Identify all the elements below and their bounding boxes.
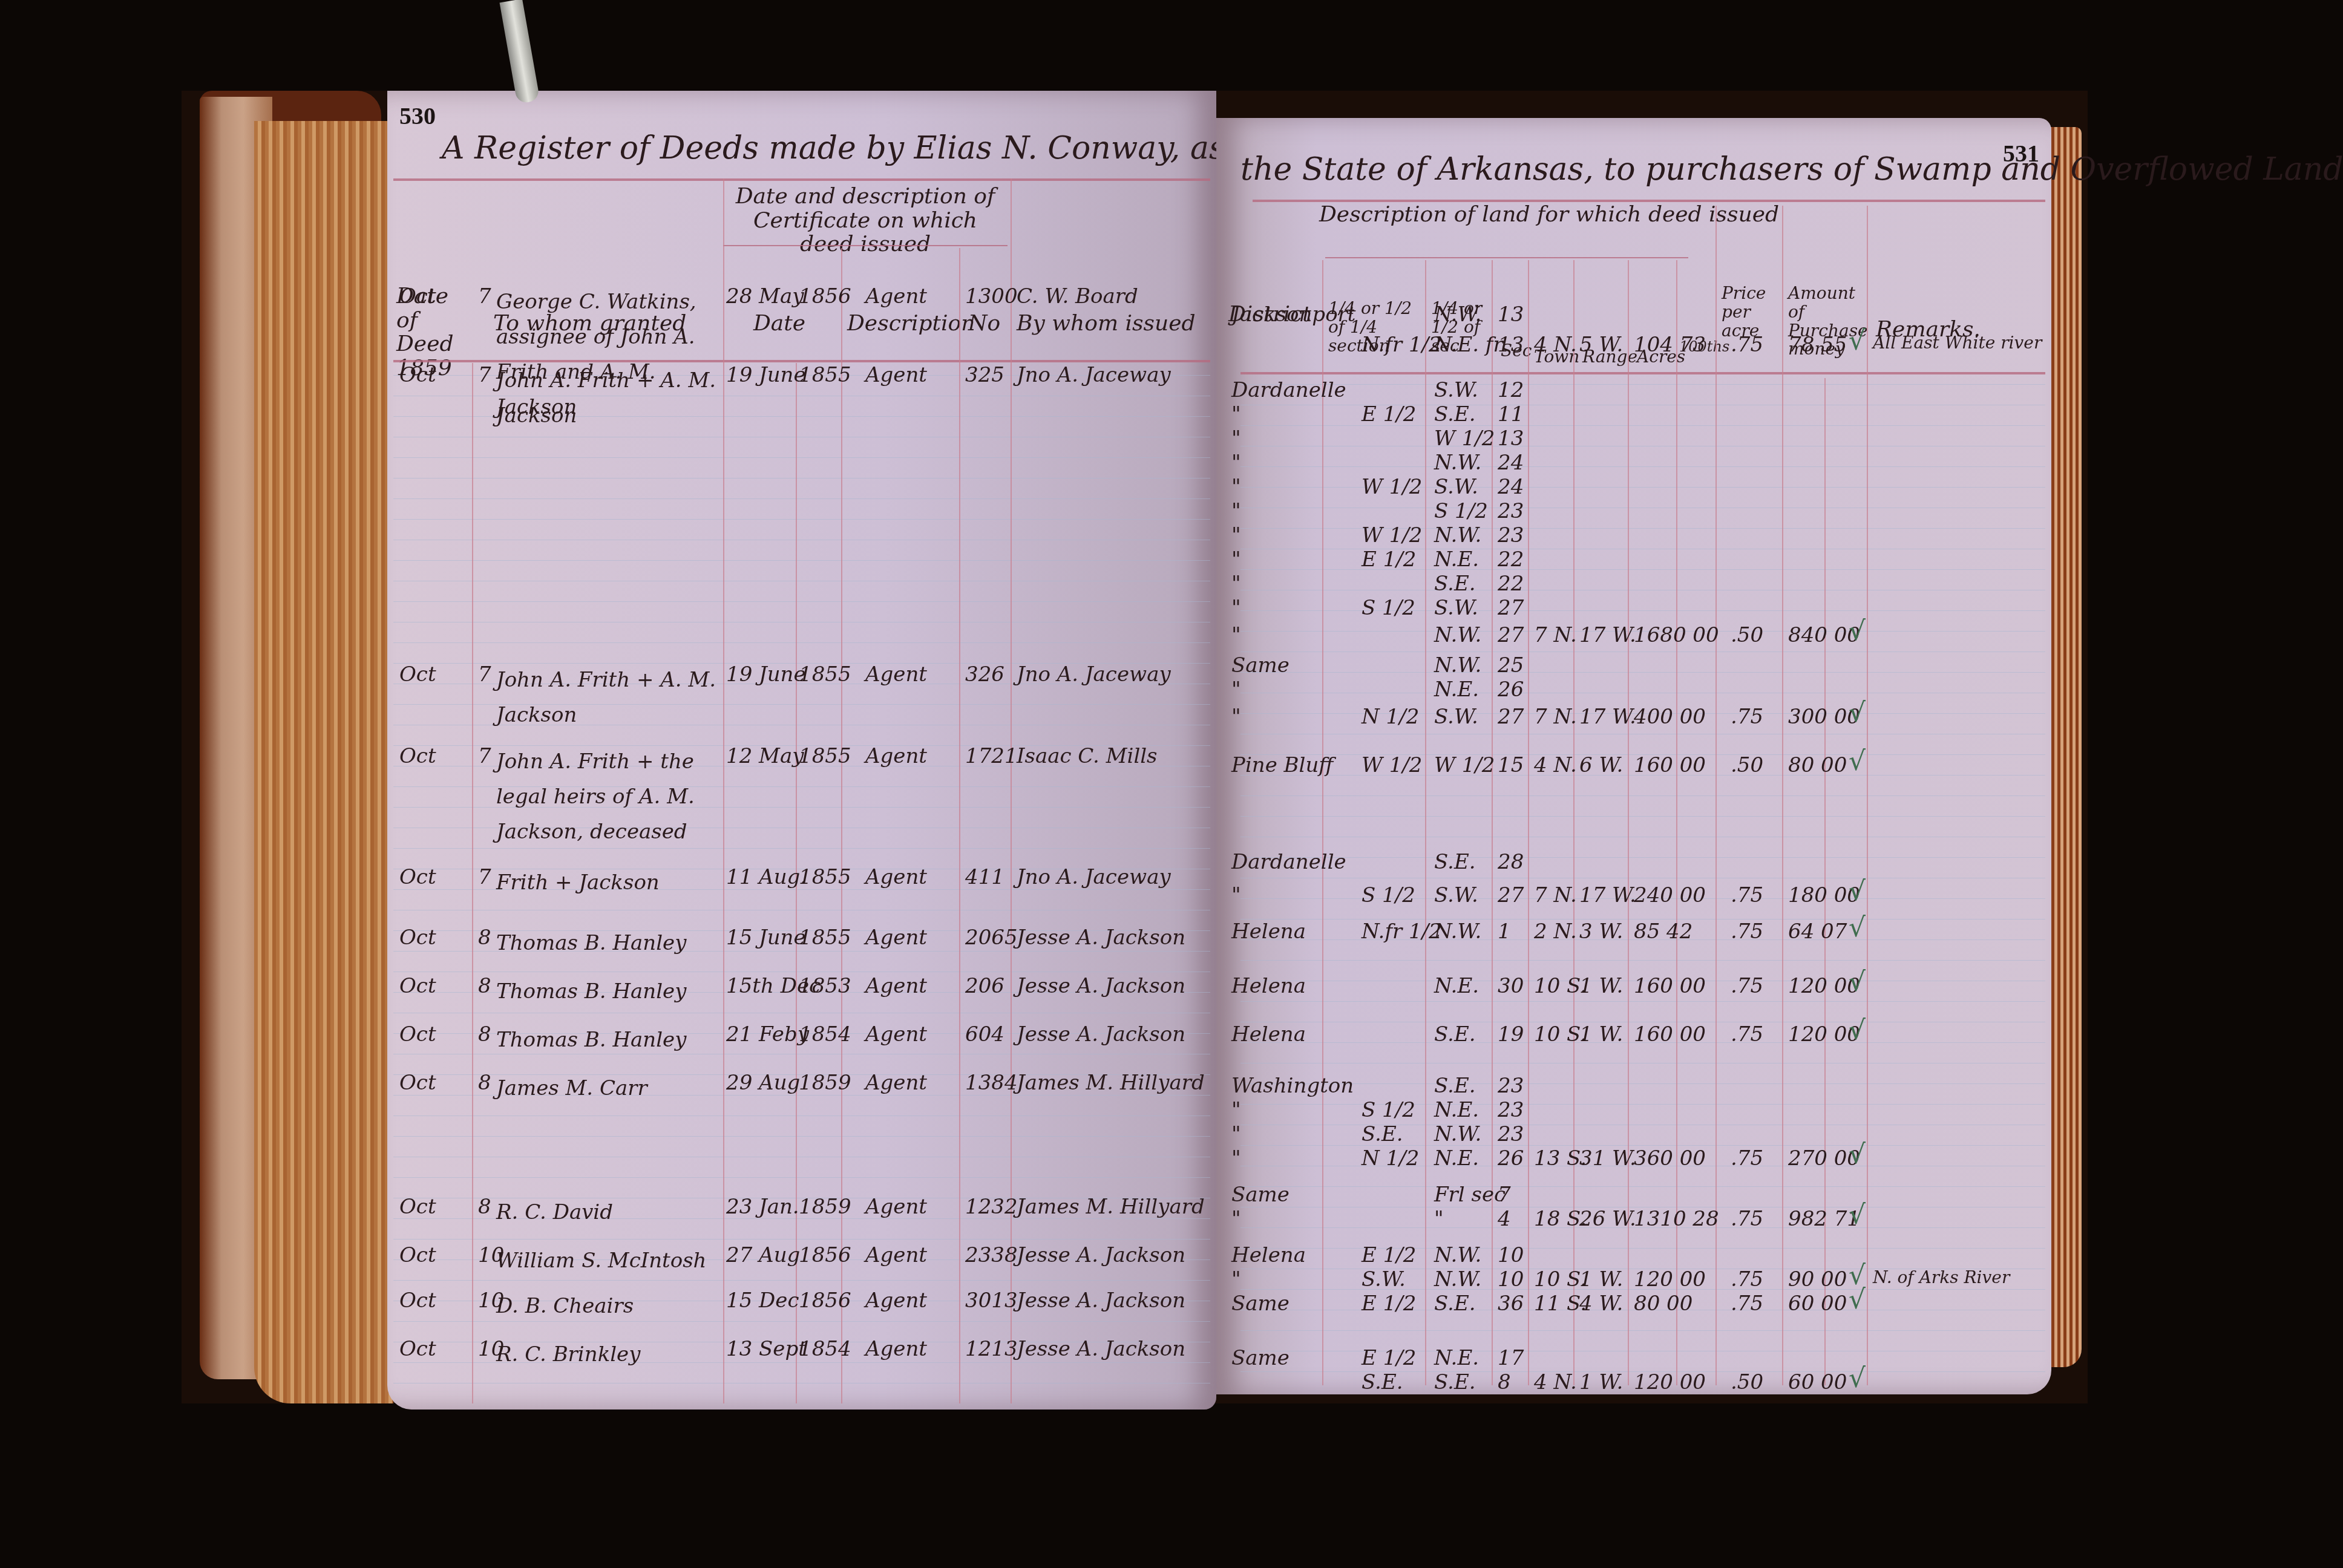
entry-description: Agent [865, 1337, 927, 1361]
land-quarter: N.E. [1434, 1346, 1479, 1370]
land-range: 5 W. [1579, 333, 1623, 357]
land-purchase-amount: 78 55 [1788, 333, 1847, 357]
land-range: 4 W. [1579, 1292, 1623, 1316]
land-part: S 1/2 [1362, 596, 1415, 620]
land-section: 1 [1498, 920, 1511, 944]
ruled-line [393, 581, 1210, 581]
land-part: N 1/2 [1362, 1146, 1419, 1171]
header-sub-rule [723, 245, 1008, 246]
land-township: 18 S. [1534, 1207, 1587, 1231]
land-quarter: N.E. [1434, 1098, 1479, 1122]
column-rule [959, 248, 960, 1403]
checkmark-icon: √ [1849, 697, 1866, 728]
entry-cert-date: 19 June [726, 363, 806, 387]
land-part: S 1/2 [1362, 1098, 1415, 1122]
land-section: 27 [1498, 705, 1524, 729]
land-district: Same [1231, 1183, 1289, 1207]
ruled-line [1240, 693, 2045, 693]
land-district: Dardanelle [1231, 378, 1346, 402]
ruled-line [393, 1239, 1210, 1240]
land-township: 10 S. [1534, 1022, 1587, 1047]
land-price-per-acre: .75 [1731, 1267, 1763, 1292]
land-purchase-amount: 60 00 [1788, 1292, 1847, 1316]
land-acres: 120 00 [1634, 1370, 1706, 1394]
entry-issued-by: James M. Hillyard [1017, 1195, 1205, 1219]
entry-grantee: D. B. Cheairs [496, 1289, 720, 1324]
ruled-line [1240, 960, 2045, 961]
entry-day: 8 [478, 1071, 491, 1095]
page-title-right: the State of Arkansas, to purchasers of … [1240, 151, 2343, 188]
ruled-line [393, 437, 1210, 437]
entry-description: Agent [865, 662, 927, 687]
land-quarter: S.W. [1434, 883, 1478, 907]
entry-month: Oct [399, 1195, 436, 1219]
entry-day: 7 [478, 363, 491, 387]
land-purchase-amount: 80 00 [1788, 753, 1847, 777]
land-quarter: S.W. [1434, 596, 1478, 620]
land-acres: 80 00 [1634, 1292, 1693, 1316]
land-section: 23 [1498, 499, 1524, 523]
ruled-line [393, 1013, 1210, 1013]
entry-day: 8 [478, 926, 491, 950]
entry-issued-by: Jesse A. Jackson [1017, 1337, 1185, 1361]
entry-description: Agent [865, 1071, 927, 1095]
land-district: Helena [1231, 974, 1306, 998]
land-part: E 1/2 [1362, 1243, 1416, 1267]
checkmark-icon: √ [1849, 1015, 1866, 1046]
entry-issued-by: James M. Hillyard [1017, 1071, 1205, 1095]
land-range: 26 W. [1579, 1207, 1636, 1231]
entry-cert-number: 3013 [965, 1289, 1018, 1313]
ruled-line [393, 1280, 1210, 1281]
entry-month: Oct [399, 1289, 436, 1313]
entry-cert-year: 1859 [799, 1071, 851, 1095]
checkmark-icon: √ [1849, 967, 1866, 998]
checkmark-icon: √ [1849, 876, 1866, 907]
land-price-per-acre: .75 [1731, 1207, 1763, 1231]
land-part: S 1/2 [1362, 883, 1415, 907]
checkmark-icon: √ [1849, 616, 1866, 647]
entry-day: 7 [478, 284, 491, 309]
land-quarter: S.E. [1434, 1370, 1476, 1394]
land-quarter: N.E. [1434, 974, 1479, 998]
land-township: 2 N. [1534, 920, 1577, 944]
land-quarter: N.W. [1434, 920, 1481, 944]
entry-day: 7 [478, 865, 491, 889]
ruled-line [1240, 590, 2045, 590]
land-remarks: N. of Arks River [1873, 1267, 2010, 1287]
land-part: S.W. [1362, 1267, 1406, 1292]
bookmark-clip [500, 0, 540, 104]
header-price: Price per acre [1722, 284, 1782, 340]
land-quarter: N.W. [1434, 523, 1481, 547]
land-purchase-amount: 64 07 [1788, 920, 1847, 944]
land-section: 13 [1498, 426, 1524, 451]
entry-cert-number: 326 [965, 662, 1004, 687]
land-section: 25 [1498, 653, 1524, 678]
ruled-line [1240, 1186, 2045, 1187]
entry-cert-number: 2065 [965, 926, 1018, 950]
land-range: 1 W. [1579, 1370, 1623, 1394]
land-district: " [1231, 678, 1241, 702]
ruled-line [393, 478, 1210, 479]
entry-month: Oct [399, 662, 436, 687]
header-land-group: Description of land for which deed issue… [1319, 203, 1779, 227]
land-section: 11 [1498, 402, 1524, 426]
entry-issued-by: Jesse A. Jackson [1017, 1022, 1185, 1047]
land-district: " [1231, 596, 1241, 620]
entry-cert-number: 325 [965, 363, 1004, 387]
land-district: " [1231, 475, 1241, 499]
land-price-per-acre: .50 [1731, 1370, 1763, 1394]
entry-cert-year: 1855 [799, 744, 851, 768]
entry-cert-date: 21 Feby [726, 1022, 809, 1047]
land-district: " [1231, 523, 1241, 547]
checkmark-icon: √ [1849, 325, 1866, 356]
land-section: 26 [1498, 678, 1524, 702]
land-district: Helena [1231, 1243, 1306, 1267]
column-rule [1867, 206, 1868, 1385]
entry-day: 8 [478, 974, 491, 998]
ruled-line [393, 1136, 1210, 1137]
land-quarter: S 1/2 [1434, 499, 1488, 523]
land-district: " [1231, 451, 1241, 475]
land-part: N.fr 1/2 [1362, 333, 1442, 357]
land-acres: 120 00 [1634, 1267, 1706, 1292]
entry-issued-by: Jesse A. Jackson [1017, 974, 1185, 998]
land-section: 24 [1498, 475, 1524, 499]
entry-cert-date: 12 May [726, 744, 804, 768]
land-quarter: S.W. [1434, 378, 1478, 402]
land-price-per-acre: .75 [1731, 1146, 1763, 1171]
land-range: 3 W. [1579, 920, 1623, 944]
ruled-line [1240, 672, 2045, 673]
land-township: 7 N. [1534, 623, 1577, 647]
land-acres: 400 00 [1634, 705, 1706, 729]
entry-month: Oct [399, 974, 436, 998]
entry-grantee: R. C. David [496, 1195, 720, 1230]
land-district: " [1231, 883, 1241, 907]
land-quarter: S.E. [1434, 572, 1476, 596]
column-rule [1782, 206, 1783, 1385]
land-section: 23 [1498, 1074, 1524, 1098]
land-quarter: N.E. [1434, 678, 1479, 702]
land-range: 17 W. [1579, 883, 1636, 907]
land-section: 27 [1498, 883, 1524, 907]
land-district: " [1231, 1146, 1241, 1171]
entry-grantee: Thomas B. Hanley [496, 1022, 720, 1057]
entry-cert-year: 1855 [799, 865, 851, 889]
entry-cert-number: 206 [965, 974, 1004, 998]
land-district: " [1231, 623, 1241, 647]
land-part: S.E. [1362, 1370, 1403, 1394]
ruled-line [393, 519, 1210, 520]
land-acres: 85 42 [1634, 920, 1693, 944]
land-range: 1 W. [1579, 974, 1623, 998]
entry-month: Oct [399, 1243, 436, 1267]
land-district: Same [1231, 653, 1289, 678]
ruled-line [1240, 857, 2045, 858]
entry-day: 8 [478, 1195, 491, 1219]
land-acres: 360 00 [1634, 1146, 1706, 1171]
right-page: 531 the State of Arkansas, to purchasers… [1216, 118, 2051, 1394]
land-district: Washington [1231, 1074, 1354, 1098]
entry-cert-number: 1384 [965, 1071, 1018, 1095]
land-price-per-acre: .75 [1731, 705, 1763, 729]
land-district: Same [1231, 1292, 1289, 1316]
land-district: " [1231, 402, 1241, 426]
entry-month: Oct [399, 865, 436, 889]
land-quarter: N.W. [1434, 1243, 1481, 1267]
land-range: 17 W. [1579, 705, 1636, 729]
entry-cert-year: 1856 [799, 1243, 851, 1267]
entry-cert-date: 27 Aug [726, 1243, 800, 1267]
land-district: " [1231, 1122, 1241, 1146]
entry-grantee: John A. Frith + A. M. Jackson [496, 363, 720, 433]
land-quarter: N.W. [1434, 623, 1481, 647]
land-quarter: W 1/2 [1434, 753, 1495, 777]
entry-month: Oct [399, 926, 436, 950]
entry-issued-by: Jesse A. Jackson [1017, 1289, 1185, 1313]
land-township: 7 N. [1534, 883, 1577, 907]
land-price-per-acre: .75 [1731, 920, 1763, 944]
land-quarter: S.W. [1434, 705, 1478, 729]
entry-issued-by: Jno A. Jaceway [1017, 363, 1171, 387]
land-section: 8 [1498, 1370, 1511, 1394]
land-township: 13 S. [1534, 1146, 1587, 1171]
ruled-line [393, 972, 1210, 972]
entry-description: Agent [865, 1243, 927, 1267]
land-price-per-acre: .50 [1731, 753, 1763, 777]
entry-month: Oct [399, 1022, 436, 1047]
entry-description: Agent [865, 284, 927, 309]
land-section: 27 [1498, 596, 1524, 620]
land-range: 1 W. [1579, 1022, 1623, 1047]
land-quarter: Frl sec [1434, 1183, 1506, 1207]
checkmark-icon: √ [1849, 1139, 1866, 1170]
entry-month: Oct [399, 284, 436, 309]
entry-description: Agent [865, 926, 927, 950]
land-part: E 1/2 [1362, 1292, 1416, 1316]
land-section: 17 [1498, 1346, 1524, 1370]
ruled-line [393, 642, 1210, 643]
land-section: 13 [1498, 302, 1524, 327]
ruled-line [1240, 1330, 2045, 1331]
land-quarter: S.E. [1434, 850, 1476, 874]
land-district: " [1231, 499, 1241, 523]
column-rule [1425, 260, 1426, 1385]
column-rule [723, 178, 724, 1403]
land-section: 22 [1498, 572, 1524, 596]
land-range: 1 W. [1579, 1267, 1623, 1292]
land-district: " [1231, 705, 1241, 729]
entry-cert-year: 1856 [799, 284, 851, 309]
land-quarter: N.W. [1434, 653, 1481, 678]
ruled-line [393, 457, 1210, 458]
land-quarter: S.E. [1434, 1022, 1476, 1047]
land-part: E 1/2 [1362, 1346, 1416, 1370]
entry-cert-date: 11 Aug. [726, 865, 807, 889]
land-district: Dardanelle [1231, 850, 1346, 874]
page-stack-edge [254, 121, 393, 1403]
land-range: 31 W. [1579, 1146, 1636, 1171]
land-section: 10 [1498, 1267, 1524, 1292]
land-price-per-acre: .75 [1731, 1022, 1763, 1047]
ruled-line [1240, 816, 2045, 817]
land-district: " [1231, 1267, 1241, 1292]
land-section: 12 [1498, 378, 1524, 402]
entry-description: Agent [865, 865, 927, 889]
land-township: 11 S. [1534, 1292, 1587, 1316]
land-section: 4 [1498, 1207, 1511, 1231]
land-section: 15 [1498, 753, 1524, 777]
entry-grantee: John A. Frith + the legal heirs of A. M.… [496, 744, 720, 849]
land-section: 23 [1498, 523, 1524, 547]
entry-cert-date: 15 Dec [726, 1289, 799, 1313]
entry-issued-by: Isaac C. Mills [1017, 744, 1158, 768]
land-quarter: W 1/2 [1434, 426, 1495, 451]
land-price-per-acre: .75 [1731, 974, 1763, 998]
land-quarter: N.E. [1434, 1146, 1479, 1171]
header-by-whom-issued: By whom issued [1017, 312, 1196, 336]
ruled-line [1240, 795, 2045, 796]
entry-grantee: James M. Carr [496, 1071, 720, 1106]
land-price-per-acre: .75 [1731, 333, 1763, 357]
land-section: 27 [1498, 623, 1524, 647]
land-section: 13 [1498, 333, 1524, 357]
land-purchase-amount: 60 00 [1788, 1370, 1847, 1394]
entry-grantee: Frith + Jackson [496, 865, 720, 900]
entry-cert-date: 15 June [726, 926, 806, 950]
checkmark-icon: √ [1849, 746, 1866, 777]
land-township: 4 N. [1534, 753, 1577, 777]
entry-month: Oct [399, 363, 436, 387]
entry-day: 8 [478, 1022, 491, 1047]
ruled-line [393, 910, 1210, 910]
land-section: 22 [1498, 547, 1524, 572]
land-quarter: S.E. [1434, 1074, 1476, 1098]
ruled-line [393, 622, 1210, 622]
land-district: " [1231, 1098, 1241, 1122]
land-district: Helena [1231, 920, 1306, 944]
left-page: 530 A Register of Deeds made by Elias N.… [387, 91, 1216, 1410]
entry-issued-by: C. W. Board [1017, 284, 1138, 309]
header-bottom-rule [1240, 372, 2045, 374]
land-acres: 160 00 [1634, 1022, 1706, 1047]
entry-cert-number: 1721 [965, 744, 1018, 768]
entry-cert-number: 1213 [965, 1337, 1018, 1361]
checkmark-icon: √ [1849, 1200, 1866, 1230]
land-quarter: N.W. [1434, 302, 1481, 327]
land-district: " [1231, 572, 1241, 596]
column-rule [1528, 260, 1529, 1385]
ruled-line [1240, 652, 2045, 652]
land-quarter: S.W. [1434, 475, 1478, 499]
entry-grantee: Thomas B. Hanley [496, 974, 720, 1009]
ruled-line [1240, 446, 2045, 446]
header-sub-rule [1325, 257, 1688, 258]
entry-cert-number: 604 [965, 1022, 1004, 1047]
land-section: 24 [1498, 451, 1524, 475]
entry-cert-number: 1300 [965, 284, 1018, 309]
land-district: Same [1231, 1346, 1289, 1370]
land-price-per-acre: .75 [1731, 1292, 1763, 1316]
land-quarter: N.W. [1434, 1122, 1481, 1146]
entry-month: Oct [399, 744, 436, 768]
ruled-line [393, 601, 1210, 602]
ruled-line [1240, 466, 2045, 467]
land-part: S.E. [1362, 1122, 1403, 1146]
entry-grantee: John A. Frith + A. M. Jackson [496, 662, 720, 733]
land-quarter: N.E. [1434, 547, 1479, 572]
column-rule [1011, 178, 1012, 1403]
land-acres: 1310 28 [1634, 1207, 1719, 1231]
ruled-line [1240, 384, 2045, 385]
entry-cert-year: 1855 [799, 926, 851, 950]
ruled-line [393, 540, 1210, 540]
land-section: 30 [1498, 974, 1524, 998]
ruled-line [1240, 837, 2045, 837]
column-rule [841, 248, 842, 1403]
entry-cert-year: 1855 [799, 662, 851, 687]
ruled-line [393, 1177, 1210, 1178]
entry-description: Agent [865, 974, 927, 998]
land-district: " [1231, 426, 1241, 451]
ruled-line [1240, 1083, 2045, 1084]
land-section: 19 [1498, 1022, 1524, 1047]
land-quarter: N.W. [1434, 451, 1481, 475]
column-rule [1824, 378, 1826, 1385]
land-quarter: S.E. [1434, 1292, 1476, 1316]
land-part: E 1/2 [1362, 547, 1416, 572]
entry-cert-year: 1853 [799, 974, 851, 998]
checkmark-icon: √ [1849, 1284, 1866, 1315]
entry-day: 7 [478, 744, 491, 768]
entry-description: Agent [865, 1022, 927, 1047]
page-number-left: 530 [399, 102, 436, 130]
entry-cert-number: 1232 [965, 1195, 1018, 1219]
land-township: 4 N. [1534, 333, 1577, 357]
entry-issued-by: Jesse A. Jackson [1017, 1243, 1185, 1267]
entry-cert-number: 411 [965, 865, 1004, 889]
land-range: 17 W. [1579, 623, 1636, 647]
land-section: 23 [1498, 1098, 1524, 1122]
entry-cert-year: 1854 [799, 1022, 851, 1047]
entry-cert-date: 23 Jan. [726, 1195, 799, 1219]
entry-description: Agent [865, 744, 927, 768]
ruled-line [1240, 878, 2045, 878]
entry-cert-year: 1856 [799, 1289, 851, 1313]
entry-cert-date: 29 Aug [726, 1071, 800, 1095]
land-section: 28 [1498, 850, 1524, 874]
header-description: Description [847, 312, 975, 336]
entry-issued-by: Jesse A. Jackson [1017, 926, 1185, 950]
land-part: N 1/2 [1362, 705, 1419, 729]
land-district: Pine Bluff [1231, 753, 1333, 777]
ruled-line [393, 1116, 1210, 1116]
land-district: Helena [1231, 1022, 1306, 1047]
ruled-line [393, 1383, 1210, 1383]
ruled-line [1240, 734, 2045, 734]
land-part: W 1/2 [1362, 753, 1422, 777]
land-acres: 160 00 [1634, 974, 1706, 998]
column-rule [1322, 260, 1323, 1385]
ruled-line [1240, 508, 2045, 508]
entry-description: Agent [865, 1195, 927, 1219]
land-section: 10 [1498, 1243, 1524, 1267]
entry-cert-date: 13 Sept [726, 1337, 807, 1361]
ruled-line [1240, 1063, 2045, 1063]
